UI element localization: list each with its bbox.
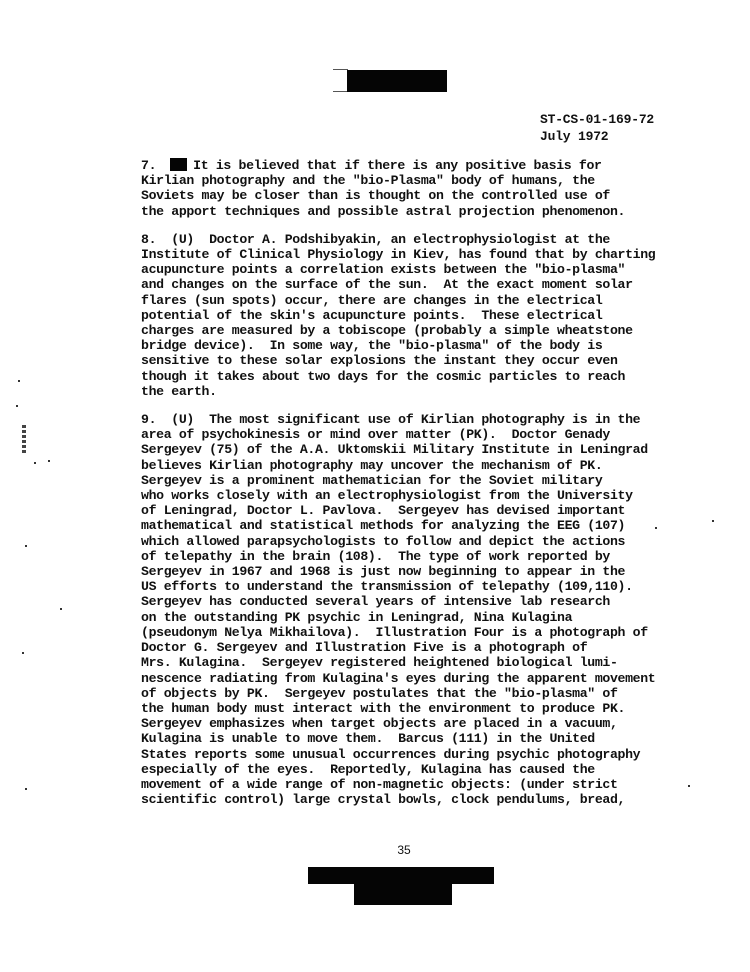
- scan-speck: [25, 545, 27, 547]
- scan-margin-mark: [22, 425, 26, 455]
- paragraph-line: sensitive to these solar explosions the …: [141, 353, 681, 368]
- paragraph-line: mathematical and statistical methods for…: [141, 518, 681, 533]
- paragraph-line: nescence radiating from Kulagina's eyes …: [141, 671, 681, 686]
- paragraph-7: 7.It is believed that if there is any po…: [141, 158, 681, 219]
- paragraph-line: though it takes about two days for the c…: [141, 369, 681, 384]
- reference-number: ST-CS-01-169-72: [540, 112, 654, 127]
- paragraph-line: scientific control) large crystal bowls,…: [141, 792, 681, 807]
- paragraph-line: States reports some unusual occurrences …: [141, 747, 681, 762]
- paragraph-line: the earth.: [141, 384, 681, 399]
- paragraph-line: who works closely with an electrophysiol…: [141, 488, 681, 503]
- paragraph-line: Mrs. Kulagina. Sergeyev registered heigh…: [141, 655, 681, 670]
- paragraph-line: Kulagina is unable to move them. Barcus …: [141, 731, 681, 746]
- paragraph-line: 7.It is believed that if there is any po…: [141, 158, 681, 173]
- document-page: ST-CS-01-169-72 July 1972 7.It is believ…: [0, 0, 750, 972]
- paragraph-number: 7.: [141, 158, 156, 173]
- paragraph-line: US efforts to understand the transmissio…: [141, 579, 681, 594]
- paragraph-line: Soviets may be closer than is thought on…: [141, 188, 681, 203]
- classification-redaction-block: [170, 158, 187, 171]
- scan-speck: [18, 380, 20, 382]
- paragraph-line: and changes on the surface of the sun. A…: [141, 277, 681, 292]
- paragraph-line: Sergeyev (75) of the A.A. Uktomskii Mili…: [141, 442, 681, 457]
- paragraph-line: charges are measured by a tobiscope (pro…: [141, 323, 681, 338]
- paragraph-line: area of psychokinesis or mind over matte…: [141, 427, 681, 442]
- scan-speck: [688, 785, 690, 787]
- paragraph-line: (pseudonym Nelya Mikhailova). Illustrati…: [141, 625, 681, 640]
- paragraph-line: of objects by PK. Sergeyev postulates th…: [141, 686, 681, 701]
- scan-speck: [22, 652, 24, 654]
- document-date: July 1972: [540, 129, 608, 144]
- scan-speck: [16, 405, 18, 407]
- document-body: 7.It is believed that if there is any po…: [141, 158, 681, 820]
- paragraph-line: the human body must interact with the en…: [141, 701, 681, 716]
- paragraph-line: 8. (U) Doctor A. Podshibyakin, an electr…: [141, 232, 681, 247]
- paragraph-line: acupuncture points a correlation exists …: [141, 262, 681, 277]
- paragraph-line: Sergeyev emphasizes when target objects …: [141, 716, 681, 731]
- paragraph-line: potential of the skin's acupuncture poin…: [141, 308, 681, 323]
- paragraph-line: Sergeyev in 1967 and 1968 is just now be…: [141, 564, 681, 579]
- paragraph-line: movement of a wide range of non-magnetic…: [141, 777, 681, 792]
- paragraph-line: Sergeyev has conducted several years of …: [141, 594, 681, 609]
- paragraph-line: Doctor G. Sergeyev and Illustration Five…: [141, 640, 681, 655]
- paragraph-8: 8. (U) Doctor A. Podshibyakin, an electr…: [141, 232, 681, 399]
- paragraph-line: especially of the eyes. Reportedly, Kula…: [141, 762, 681, 777]
- document-header: ST-CS-01-169-72 July 1972: [540, 111, 654, 145]
- paragraph-line: on the outstanding PK psychic in Leningr…: [141, 610, 681, 625]
- paragraph-line: of telepathy in the brain (108). The typ…: [141, 549, 681, 564]
- scan-speck: [655, 527, 657, 529]
- scan-speck: [34, 462, 36, 464]
- redaction-edge: [333, 69, 348, 92]
- scan-speck: [25, 788, 27, 790]
- scan-speck: [712, 520, 714, 522]
- paragraph-9: 9. (U) The most significant use of Kirli…: [141, 412, 681, 807]
- paragraph-line: bridge device). In some way, the "bio-pl…: [141, 338, 681, 353]
- paragraph-line: the apport techniques and possible astra…: [141, 204, 681, 219]
- header-redaction-block: [347, 70, 447, 92]
- scan-speck: [48, 460, 50, 462]
- footer-redaction-block-lower: [354, 882, 452, 905]
- paragraph-line: Sergeyev is a prominent mathematician fo…: [141, 473, 681, 488]
- paragraph-line: believes Kirlian photography may uncover…: [141, 458, 681, 473]
- paragraph-line: Kirlian photography and the "bio-Plasma"…: [141, 173, 681, 188]
- page-number: 35: [0, 843, 750, 857]
- paragraph-line: 9. (U) The most significant use of Kirli…: [141, 412, 681, 427]
- paragraph-line: of Leningrad, Doctor L. Pavlova. Sergeye…: [141, 503, 681, 518]
- paragraph-line: which allowed parapsychologists to follo…: [141, 534, 681, 549]
- paragraph-line: Institute of Clinical Physiology in Kiev…: [141, 247, 681, 262]
- paragraph-line: flares (sun spots) occur, there are chan…: [141, 293, 681, 308]
- scan-speck: [60, 608, 62, 610]
